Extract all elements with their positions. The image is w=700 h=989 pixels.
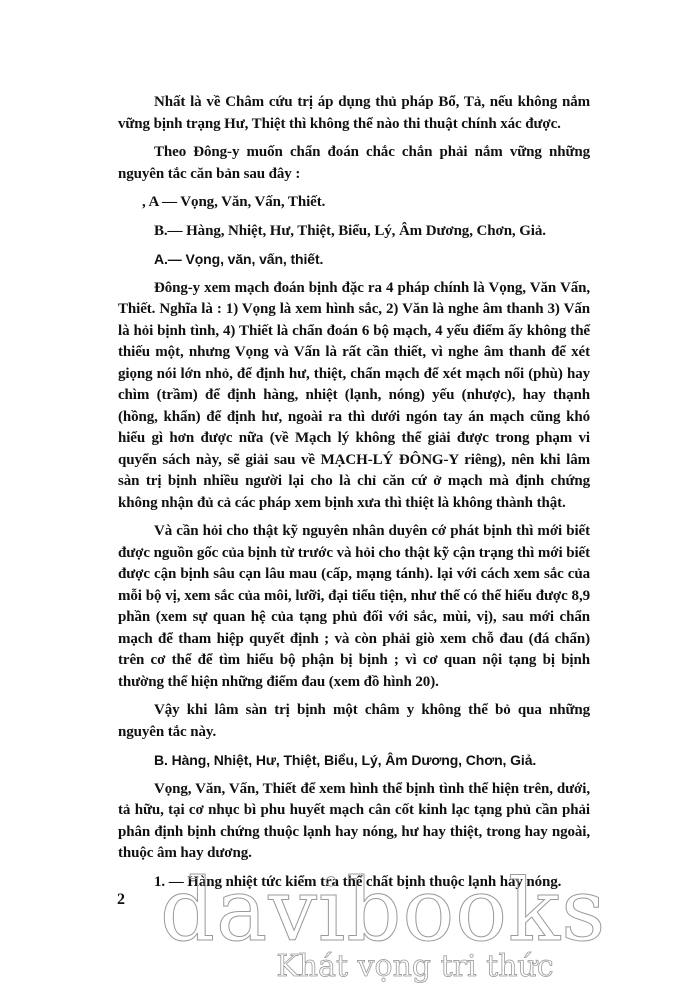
outline-item-b: B.— Hàng, Nhiệt, Hư, Thiệt, Biểu, Lý, Âm… — [118, 221, 590, 243]
section-a-heading: A.— Vọng, văn, vấn, thiết. — [118, 249, 590, 271]
watermark-logo: davibooks — [160, 868, 600, 954]
watermark-tagline: Khát vọng tri thức — [245, 950, 585, 984]
paragraph: Đông-y xem mạch đoán bịnh đặc ra 4 pháp … — [118, 278, 590, 515]
book-page: Nhất là về Châm cứu trị áp dụng thủ pháp… — [0, 0, 700, 989]
body-text: Nhất là về Châm cứu trị áp dụng thủ pháp… — [118, 92, 590, 900]
paragraph: Theo Đông-y muốn chẩn đoán chắc chắn phả… — [118, 142, 590, 185]
paragraph: Và cần hỏi cho thật kỹ nguyên nhân duyên… — [118, 521, 590, 693]
paragraph: Vọng, Văn, Vấn, Thiết để xem hình thể bị… — [118, 779, 590, 865]
paragraph: Nhất là về Châm cứu trị áp dụng thủ pháp… — [118, 92, 590, 135]
section-b-heading: B. Hàng, Nhiệt, Hư, Thiệt, Biểu, Lý, Âm … — [118, 750, 590, 772]
outline-item-a: , A — Vọng, Văn, Vấn, Thiết. — [118, 192, 590, 214]
paragraph: Vậy khi lâm sàn trị bịnh một châm y khôn… — [118, 700, 590, 743]
page-number: 2 — [117, 891, 125, 909]
